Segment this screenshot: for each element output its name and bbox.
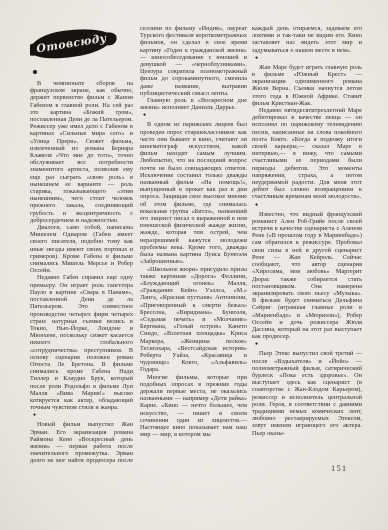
section-separator-bullet-icon: ● [255, 342, 362, 348]
section-separator-bullet-icon: ● [143, 113, 247, 119]
paragraph-etaix: Пьер Этекс выпустил свой третий — после … [252, 350, 362, 436]
section-logo-text: Отовсюду [35, 32, 107, 56]
section-separator-bullet-icon: ● [255, 203, 362, 209]
column-1: Отовсюду В чемпионате сборов на французс… [30, 25, 133, 465]
page-number: 151 [331, 463, 347, 473]
paragraph-darrieux: Главную роль в «Воскресном дне жизни» ис… [140, 97, 247, 111]
section-separator-bullet-icon: ● [255, 56, 362, 62]
paragraph-robbe-grillet: Известно, что видный французский романис… [252, 211, 362, 341]
paragraph-rossellini-continuation: селлини по фильму «Индия», лауреат Турск… [140, 25, 247, 97]
paragraph-school-jury: «Школьное жюри» присудило призы также ка… [140, 266, 247, 374]
paragraph-dialogues: Диалоги, само собой, написаны Мишелем Од… [30, 224, 133, 274]
column-2: селлини по фильму «Индия», лауреат Турск… [140, 25, 247, 465]
section-logo: Отовсюду [30, 27, 124, 67]
column-3: каждый день отираемся, задеваем его локт… [252, 25, 362, 465]
paragraph-essay-continuation: каждый день отираемся, задеваем его локт… [252, 25, 362, 54]
paragraph-herman-film: Новый фильм выпустил Жан Эрман. Его экра… [30, 421, 133, 465]
brush-blob-shape: Отовсюду [30, 25, 113, 62]
logo-dot-icon [33, 70, 37, 74]
paragraph-marais-singer: Недавно пятидесятитрехлетний Маре дебюти… [252, 107, 362, 201]
section-separator-bullet-icon: ● [33, 413, 133, 419]
paragraph-gabin-thunder: В чемпионате сборов на французском экран… [30, 80, 133, 224]
paragraph-marais-southern-cross: Жан Маре будет играть главную роль в фил… [252, 64, 362, 107]
magazine-page: Отовсюду В чемпионате сборов на французс… [0, 0, 388, 530]
paragraph-lyceum-poll: В одном из парижских лицеев был проведен… [140, 121, 247, 265]
paragraph-rififi: Недавно Габен справил еще одну премьеру.… [30, 274, 133, 411]
paragraph-many-films: Многие фильмы, которые при подобных опро… [140, 374, 247, 439]
